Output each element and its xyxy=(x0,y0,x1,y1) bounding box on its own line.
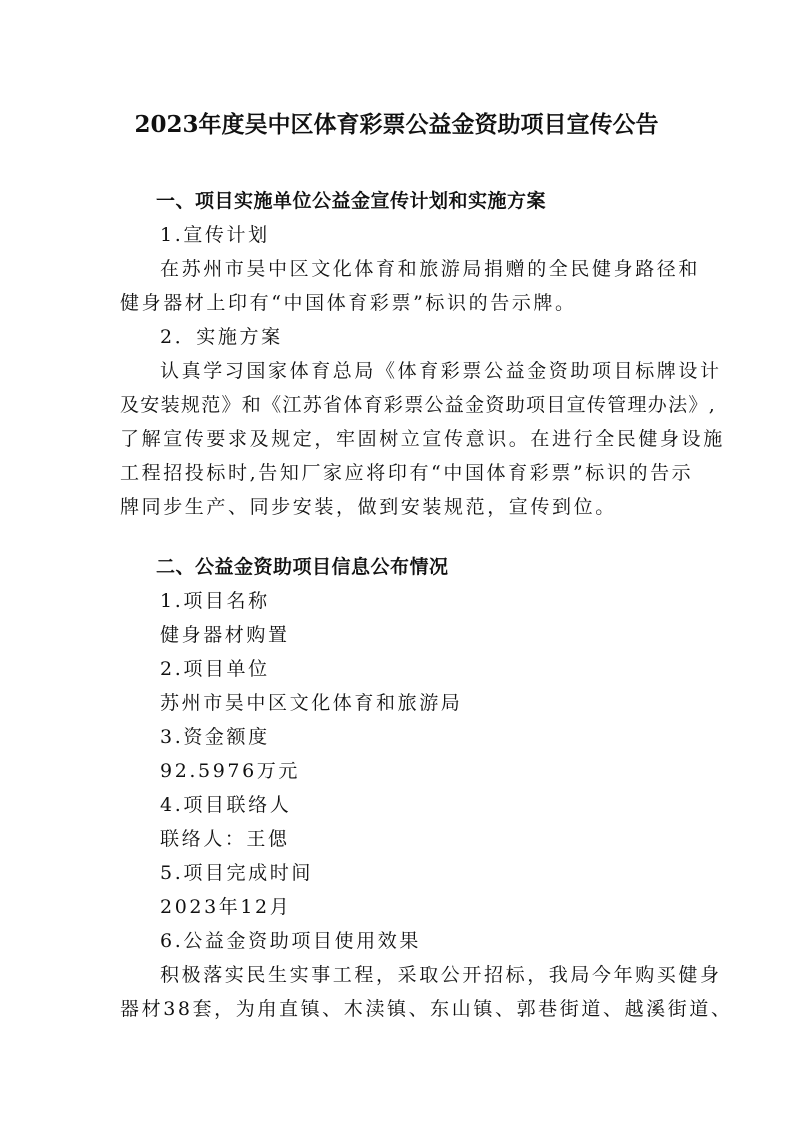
paragraph-line: 认真学习国家体育总局《体育彩票公益金资助项目标牌设计 xyxy=(160,356,722,383)
item-label: 3.资金额度 xyxy=(160,722,270,749)
paragraph-line: 在苏州市吴中区文化体育和旅游局捐赠的全民健身路径和 xyxy=(160,254,700,281)
paragraph-line: 器材38套，为甪直镇、木渎镇、东山镇、郭巷街道、越溪街道、 xyxy=(120,994,733,1021)
item-label: 5.项目完成时间 xyxy=(160,858,313,885)
item-value: 联络人：王偲 xyxy=(160,824,290,851)
item-value: 92.5976万元 xyxy=(160,756,300,783)
item-label: 4.项目联络人 xyxy=(160,790,291,817)
item-value: 2023年12月 xyxy=(160,892,291,919)
paragraph-line: 了解宣传要求及规定，牢固树立宣传意识。在进行全民健身设施 xyxy=(120,424,725,451)
item-value: 苏州市吴中区文化体育和旅游局 xyxy=(160,688,462,715)
paragraph-line: 积极落实民生实事工程，采取公开招标，我局今年购买健身 xyxy=(160,960,722,987)
paragraph-line: 牌同步生产、同步安装，做到安装规范，宣传到位。 xyxy=(120,492,617,519)
section-1-item-1-label: 1.宣传计划 xyxy=(160,220,270,247)
paragraph-line: 及安装规范》和《江苏省体育彩票公益金资助项目宣传管理办法》, xyxy=(120,390,716,417)
item-value: 健身器材购置 xyxy=(160,620,290,647)
paragraph-line: 工程招投标时,告知厂家应将印有“中国体育彩票”标识的告示 xyxy=(120,458,693,485)
section-2-heading: 二、公益金资助项目信息公布情况 xyxy=(156,552,449,579)
document-title: 2023年度吴中区体育彩票公益金资助项目宣传公告 xyxy=(0,106,793,139)
paragraph-line: 健身器材上印有“中国体育彩票”标识的告示牌。 xyxy=(120,288,577,315)
section-1-item-2-label: 2．实施方案 xyxy=(160,322,283,349)
item-label: 2.项目单位 xyxy=(160,654,270,681)
document-page: 2023年度吴中区体育彩票公益金资助项目宣传公告 一、项目实施单位公益金宣传计划… xyxy=(0,0,793,1122)
item-label: 6.公益金资助项目使用效果 xyxy=(160,926,421,953)
section-1-heading: 一、项目实施单位公益金宣传计划和实施方案 xyxy=(156,186,546,213)
item-label: 1.项目名称 xyxy=(160,586,270,613)
